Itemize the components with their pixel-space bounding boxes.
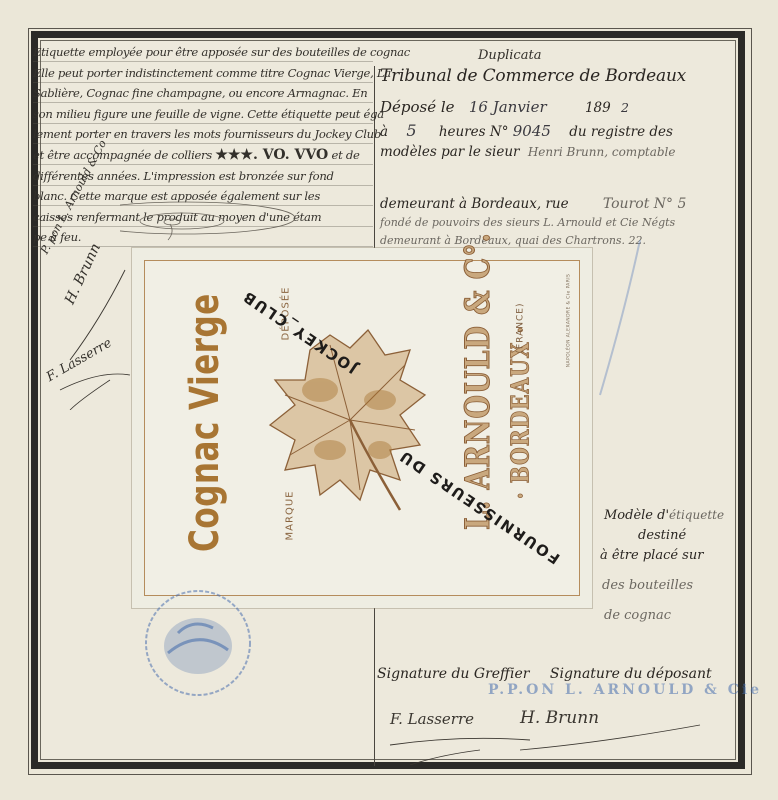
blue-pencil-mark-icon	[595, 240, 645, 400]
duplicata-mark: Duplicata	[478, 48, 541, 63]
model-line-1-hand: étiquette	[669, 508, 724, 522]
model-line-3: à être placé sur	[600, 548, 703, 563]
proxy-line: fondé de pouvoirs des sieurs L. Arnould …	[380, 216, 675, 229]
year-suffix: 2	[621, 100, 629, 115]
hour-line: à 5 heures N° 9045 du registre des	[380, 121, 673, 140]
hour-prefix: à	[380, 124, 388, 140]
note-line: Elle peut porter indistinctement comme t…	[33, 63, 373, 84]
signature-labels: Signature du Greffier Signature du dépos…	[377, 666, 728, 682]
note-line: lement porter en travers les mots fourni…	[33, 124, 373, 145]
model-line-4: des bouteilles	[602, 578, 693, 593]
quality-marks: ★★★. VO. VVO	[215, 147, 328, 163]
residence-line: demeurant à Bordeaux, rue Tourot N° 5	[380, 196, 686, 212]
model-line-2: destiné	[638, 528, 686, 543]
court-title: Tribunal de Commerce de Bordeaux	[380, 66, 686, 86]
product-title: Cognac Vierge	[182, 318, 228, 552]
note-line: son milieu figure une feuille de vigne. …	[33, 104, 373, 125]
vine-leaf-icon	[250, 320, 450, 520]
note-line-text: et être accompagnée de colliers	[33, 148, 212, 162]
model-line-5: de cognac	[604, 608, 671, 623]
deposit-day: 16 Janvier	[469, 98, 547, 116]
model-line-1: Modèle d'étiquette	[604, 508, 724, 523]
note-line: Etiquette employée pour être apposée sur…	[33, 42, 373, 63]
depositor-name: Henri Brunn, comptable	[528, 145, 676, 159]
residence-label: demeurant à Bordeaux, rue	[380, 196, 569, 212]
register-number: 9045	[513, 122, 551, 140]
note-line: Sablière, Cognac fine champagne, ou enco…	[33, 83, 373, 104]
country-name: (FRANCE)	[515, 303, 525, 354]
year-prefix: 189	[585, 100, 611, 116]
printer-credit: NAPOLÉON ALEXANDRE & Cie PARIS	[566, 274, 571, 368]
residence-street: Tourot N° 5	[603, 196, 687, 212]
model-line-1-printed: Modèle d'	[604, 508, 669, 523]
models-label: modèles par le sieur	[380, 144, 520, 160]
court-seal-icon	[138, 588, 258, 698]
depositor-signature-label: Signature du déposant	[550, 666, 712, 682]
signature-strokes-icon	[40, 260, 140, 410]
flourish-icon	[120, 196, 300, 252]
depositor-line: modèles par le sieur Henri Brunn, compta…	[380, 144, 675, 160]
deposit-label: Déposé le	[380, 98, 455, 116]
signature-flourish-icon	[380, 705, 710, 765]
number-label: N°	[490, 124, 509, 140]
hour-label: heures	[439, 124, 486, 140]
note-line-tail: et de	[332, 148, 360, 162]
depositor-stamp: P.P.ON L. ARNOULD & Cie	[488, 682, 762, 698]
cognac-label: Cognac Vierge MARQUE DÉPOSÉE L. ARNOULD …	[132, 248, 592, 608]
clerk-signature-label: Signature du Greffier	[377, 666, 529, 682]
deposit-date-line: Déposé le 16 Janvier 189 2	[380, 98, 629, 116]
register-label: du registre des	[569, 124, 673, 140]
hour-value: 5	[406, 121, 416, 140]
